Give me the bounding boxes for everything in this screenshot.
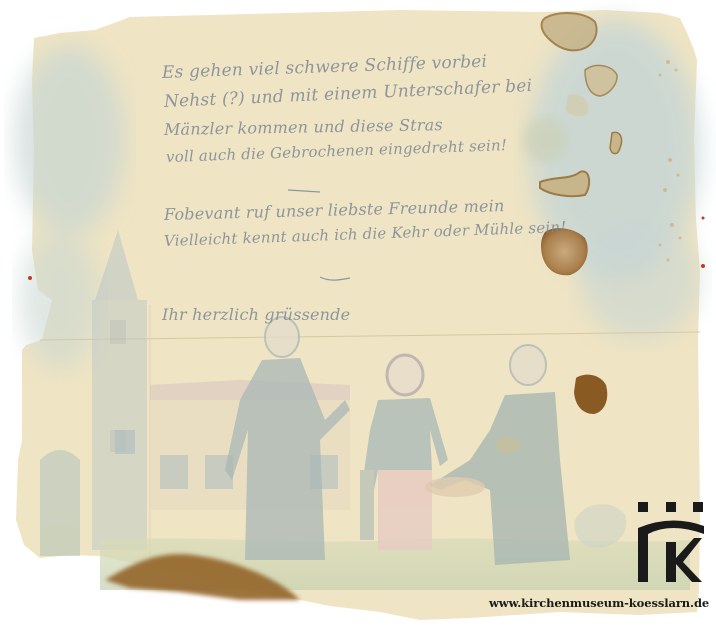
document-sheet: Es gehen viel schwere Schiffe vorbei Neh…: [0, 0, 716, 633]
handwriting-signature: Ihr herzlich grüssende: [162, 305, 350, 324]
museum-logo-icon: [636, 500, 706, 586]
website-watermark: www.kirchenmuseum-koesslarn.de: [489, 596, 709, 610]
